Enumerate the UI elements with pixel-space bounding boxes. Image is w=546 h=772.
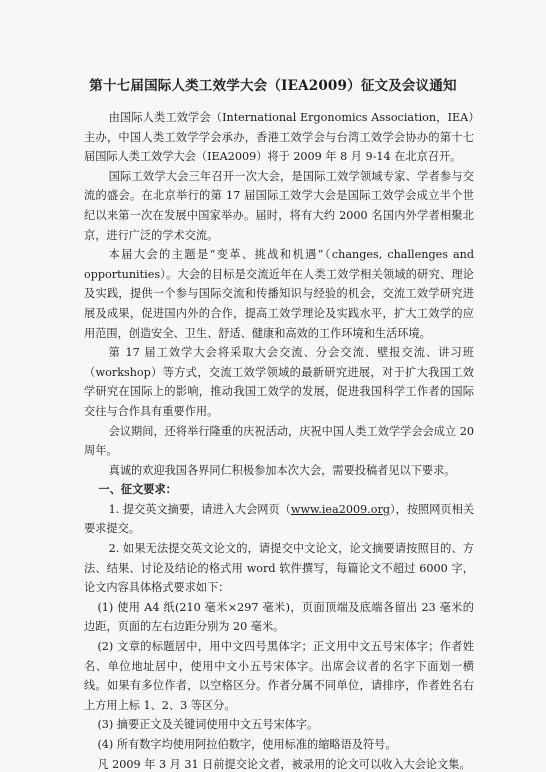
format-rule-2: (2) 文章的标题居中，用中文四号黑体字；正文用中文五号宋体字；作者姓名、单位地…: [84, 637, 474, 715]
paragraph-organizers: 由国际人类工效学会（International Ergonomics Assoc…: [84, 108, 474, 167]
document-body: 由国际人类工效学会（International Ergonomics Assoc…: [84, 108, 474, 772]
paragraph-celebration: 会议期间，还将举行隆重的庆祝活动，庆祝中国人类工效学学会会成立 20 周年。: [84, 422, 474, 461]
deadline-note: 凡 2009 年 3 月 31 日前提交论文者，被录用的论文可以收入大会论文集。: [84, 755, 474, 772]
requirement-item-1-prefix: 1. 提交英文摘要，请进入大会网页（: [109, 503, 291, 516]
paragraph-theme: 本届大会的主题是“变革、挑战和机遇”（changes, challenges a…: [84, 245, 474, 343]
document-page: 第十七届国际人类工效学大会（IEA2009）征文及会议通知 由国际人类工效学会（…: [0, 0, 546, 772]
requirement-item-2: 2. 如果无法提交英文论文的，请提交中文论文，论文摘要请按照目的、方法、结果、讨…: [84, 539, 474, 598]
format-rule-3: (3) 摘要正文及关键词使用中文五号宋体字。: [84, 715, 474, 735]
website-link[interactable]: www.iea2009.org: [291, 503, 390, 516]
requirement-item-1: 1. 提交英文摘要，请进入大会网页（www.iea2009.org），按照网页相…: [84, 500, 474, 539]
document-title: 第十七届国际人类工效学大会（IEA2009）征文及会议通知: [0, 74, 546, 94]
section-heading-requirements: 一、征文要求：: [84, 480, 474, 500]
paragraph-invitation: 真诚的欢迎我国各界同仁积极参加本次大会，需要投稿者见以下要求。: [84, 461, 474, 481]
format-rule-1: (1) 使用 A4 纸(210 毫米×297 毫米)，页面顶端及底端各留出 23…: [84, 598, 474, 637]
paragraph-format: 第 17 届工效学大会将采取大会交流、分会交流、壁报交流、讲习班（worksho…: [84, 343, 474, 421]
paragraph-congress-intro: 国际工效学大会三年召开一次大会，是国际工效学领域专家、学者参与交流的盛会。在北京…: [84, 167, 474, 245]
format-rule-4: (4) 所有数字均使用阿拉伯数字，使用标准的缩略语及符号。: [84, 735, 474, 755]
